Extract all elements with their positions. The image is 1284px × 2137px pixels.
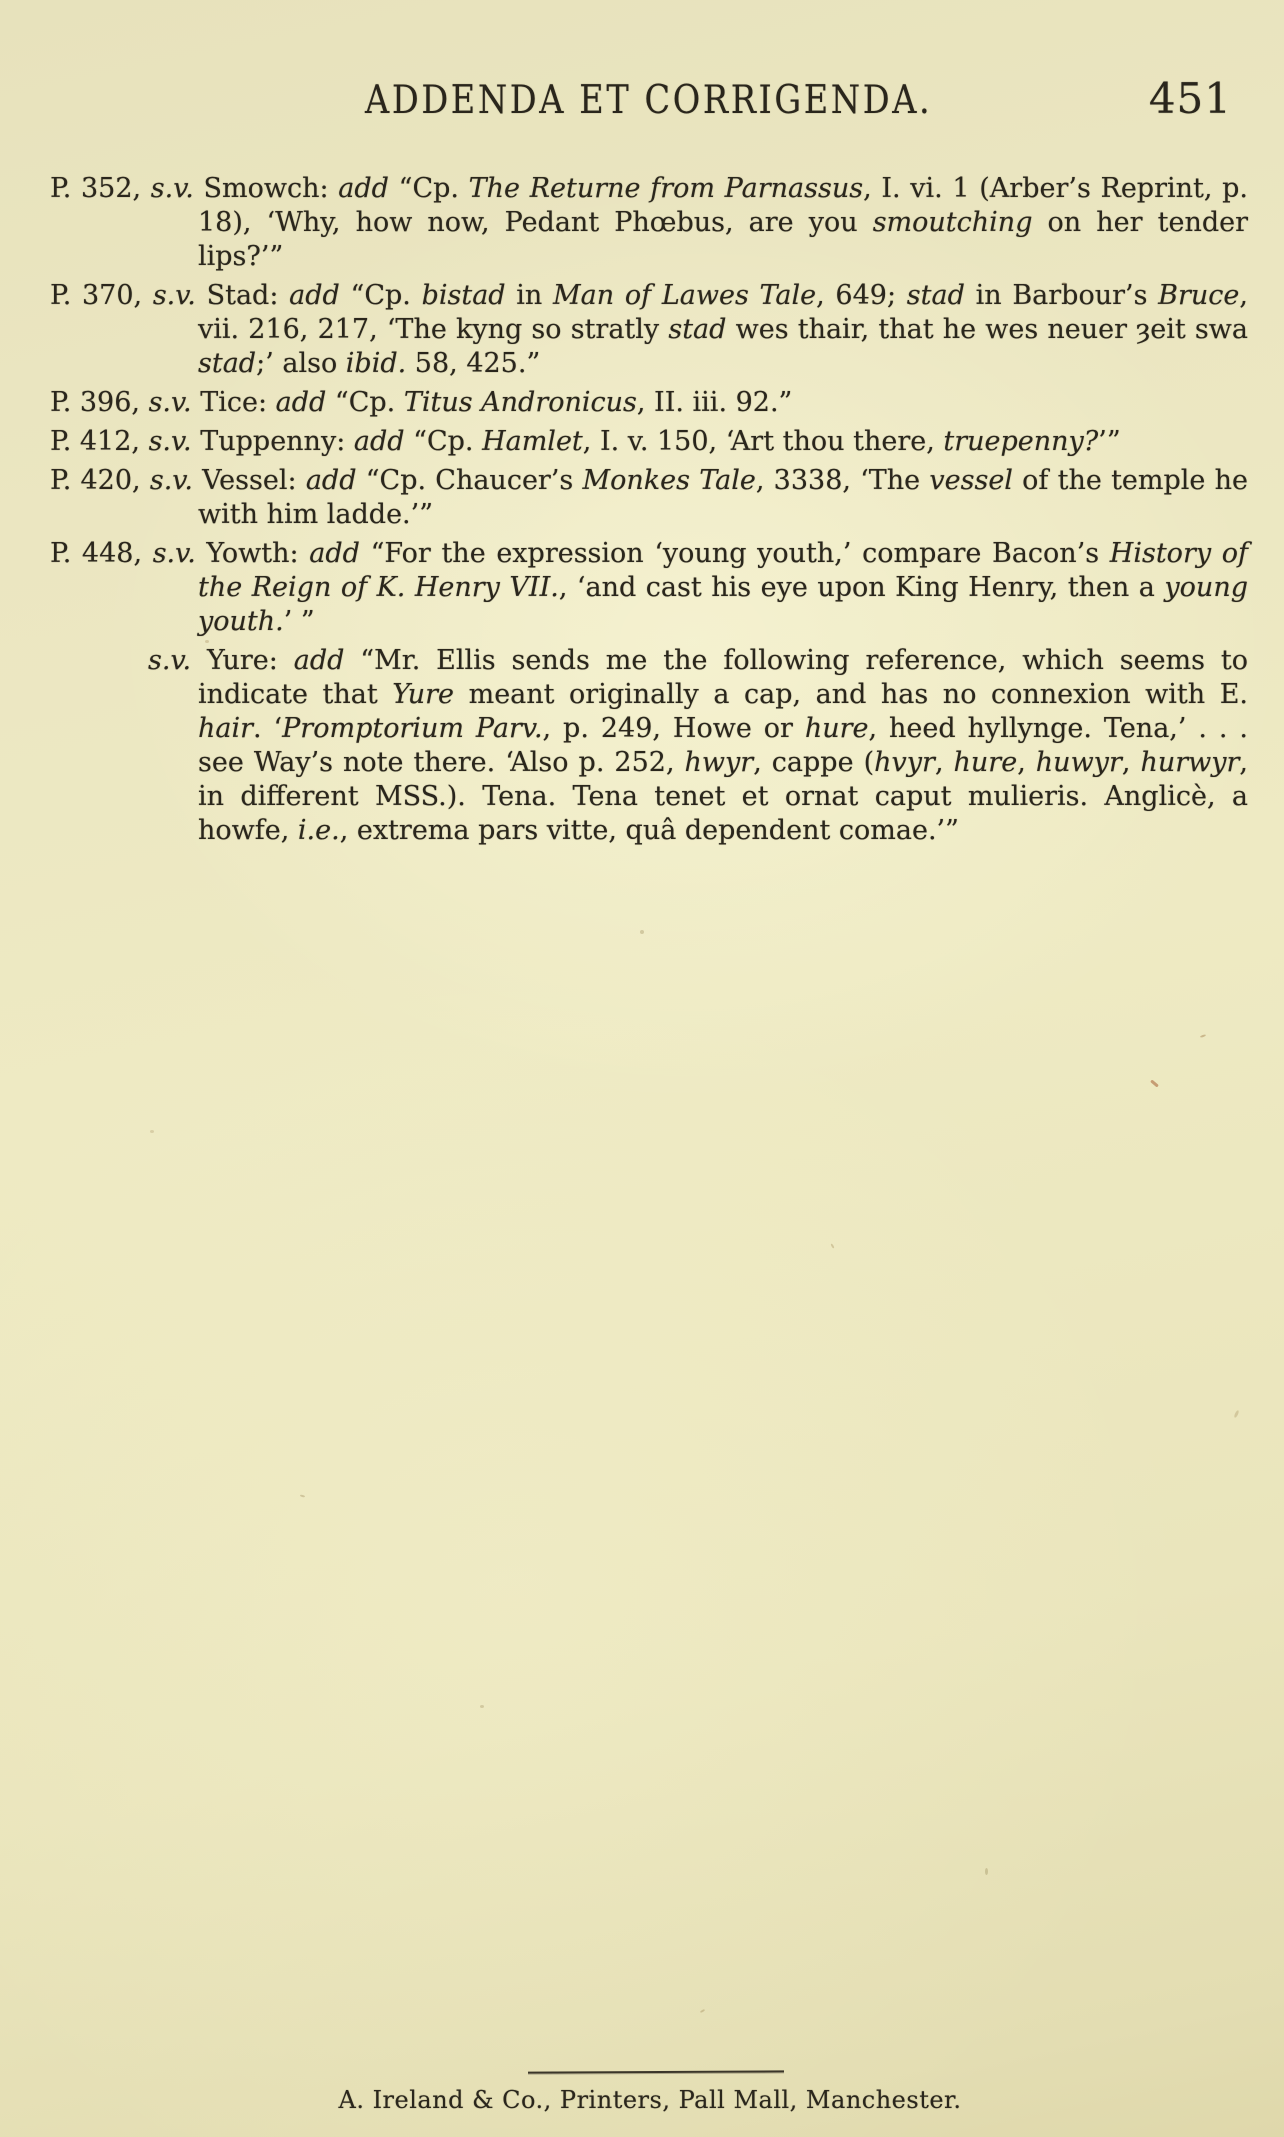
paper-speck xyxy=(300,1494,305,1497)
paper-speck xyxy=(150,1130,154,1133)
paper-speck xyxy=(1233,1410,1239,1419)
entry-tice: P. 396, s.v. Tice: add “Cp. Titus Andron… xyxy=(50,386,1248,420)
entry-yowth: P. 448, s.v. Yowth: add “For the express… xyxy=(50,537,1248,639)
entry-stad: P. 370, s.v. Stad: add “Cp. bistad in Ma… xyxy=(50,279,1248,381)
printer-imprint: A. Ireland & Co., Printers, Pall Mall, M… xyxy=(0,2086,1284,2114)
paper-speck xyxy=(1150,1079,1159,1087)
paper-speck xyxy=(830,1243,834,1248)
printer-imprint-text: A. Ireland & Co., Printers, Pall Mall, M… xyxy=(338,2086,961,2114)
scanned-book-page: ADDENDA ET CORRIGENDA. 451 P. 352, s.v. … xyxy=(0,0,1284,2137)
paper-speck xyxy=(700,2009,705,2013)
entry-smowch: P. 352, s.v. Smowch: add “Cp. The Return… xyxy=(50,172,1248,274)
entry-tuppenny: P. 412, s.v. Tuppenny: add “Cp. Hamlet, … xyxy=(50,425,1248,459)
running-head: ADDENDA ET CORRIGENDA. xyxy=(0,78,1284,123)
paper-speck xyxy=(640,930,644,934)
entries: P. 352, s.v. Smowch: add “Cp. The Return… xyxy=(50,172,1248,853)
paper-speck xyxy=(1200,1034,1206,1038)
page-title: ADDENDA ET CORRIGENDA. xyxy=(365,78,932,123)
entry-vessel: P. 420, s.v. Vessel: add “Cp. Chaucer’s … xyxy=(50,464,1248,532)
entry-yure: s.v. Yure: add “Mr. Ellis sends me the f… xyxy=(50,644,1248,848)
paper-speck xyxy=(480,1705,484,1708)
footer-divider xyxy=(528,2070,784,2074)
page-number: 451 xyxy=(1149,74,1232,123)
paper-speck xyxy=(985,1868,988,1875)
